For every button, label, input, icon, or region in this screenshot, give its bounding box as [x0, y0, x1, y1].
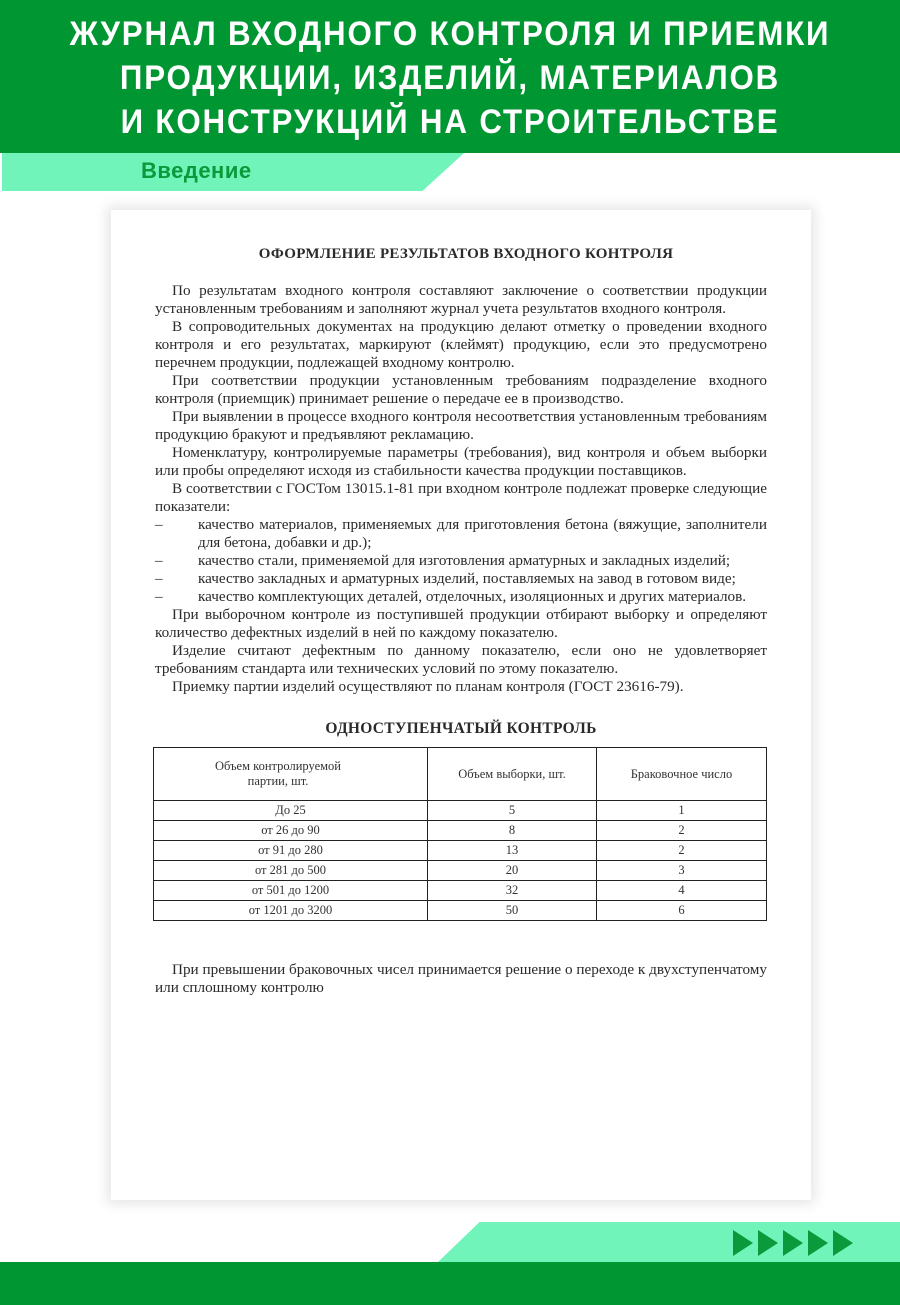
title-line-3: И КОНСТРУКЦИЙ НА СТРОИТЕЛЬСТВЕ [36, 100, 864, 144]
table-row: от 501 до 1200324 [154, 881, 767, 901]
list-item: –качество закладных и арматурных изделий… [155, 570, 767, 588]
dash-marker: – [155, 588, 163, 606]
dash-marker: – [155, 516, 163, 534]
table-row: До 2551 [154, 801, 767, 821]
table-cell: 4 [597, 881, 767, 901]
play-arrow-icon [733, 1230, 753, 1256]
table-cell: 13 [428, 841, 597, 861]
column-header-sample-size: Объем выборки, шт. [428, 748, 597, 801]
table-cell: 2 [597, 821, 767, 841]
table-cell: 8 [428, 821, 597, 841]
closing-paragraph: При превышении браковочных чисел принима… [155, 961, 767, 997]
table-heading: ОДНОСТУПЕНЧАТЫЙ КОНТРОЛЬ [155, 720, 767, 738]
table-row: от 1201 до 3200506 [154, 901, 767, 921]
table-cell: от 281 до 500 [154, 861, 428, 881]
table-cell: 6 [597, 901, 767, 921]
indicator-list: –качество материалов, применяемых для пр… [155, 516, 767, 606]
table-cell: от 91 до 280 [154, 841, 428, 861]
table-cell: До 25 [154, 801, 428, 821]
paragraph: Приемку партии изделий осуществляют по п… [155, 678, 767, 696]
table-header-row: Объем контролируемой партии, шт. Объем в… [154, 748, 767, 801]
document-heading: ОФОРМЛЕНИЕ РЕЗУЛЬТАТОВ ВХОДНОГО КОНТРОЛЯ [155, 245, 767, 263]
table-cell: от 26 до 90 [154, 821, 428, 841]
list-item: –качество комплектующих деталей, отделоч… [155, 588, 767, 606]
title-line-2: ПРОДУКЦИИ, ИЗДЕЛИЙ, МАТЕРИАЛОВ [36, 56, 864, 100]
dash-marker: – [155, 570, 163, 588]
title-line-1: ЖУРНАЛ ВХОДНОГО КОНТРОЛЯ И ПРИЕМКИ [36, 12, 864, 56]
control-table: Объем контролируемой партии, шт. Объем в… [153, 747, 767, 921]
table-cell: 5 [428, 801, 597, 821]
document-content: ОФОРМЛЕНИЕ РЕЗУЛЬТАТОВ ВХОДНОГО КОНТРОЛЯ… [155, 245, 767, 997]
play-arrow-icon [808, 1230, 828, 1256]
paragraph: При соответствии продукции установленным… [155, 372, 767, 408]
column-header-reject-number: Браковочное число [597, 748, 767, 801]
paragraph: В сопроводительных документах на продукц… [155, 318, 767, 372]
list-item: –качество стали, применяемой для изготов… [155, 552, 767, 570]
paragraph: В соответствии с ГОСТом 13015.1-81 при в… [155, 480, 767, 516]
table-row: от 91 до 280132 [154, 841, 767, 861]
list-item: –качество материалов, применяемых для пр… [155, 516, 767, 552]
table-cell: 3 [597, 861, 767, 881]
column-header-lot-size: Объем контролируемой партии, шт. [154, 748, 428, 801]
play-arrow-icon [758, 1230, 778, 1256]
next-arrows-icon[interactable] [733, 1230, 853, 1256]
table-cell: 1 [597, 801, 767, 821]
footer-bar [0, 1262, 900, 1305]
paragraph: Изделие считают дефектным по данному пок… [155, 642, 767, 678]
table-cell: от 501 до 1200 [154, 881, 428, 901]
play-arrow-icon [783, 1230, 803, 1256]
table-cell: 32 [428, 881, 597, 901]
dash-marker: – [155, 552, 163, 570]
paragraph: По результатам входного контроля составл… [155, 282, 767, 318]
paragraph: При выявлении в процессе входного контро… [155, 408, 767, 444]
table-row: от 26 до 9082 [154, 821, 767, 841]
page-title: ЖУРНАЛ ВХОДНОГО КОНТРОЛЯ И ПРИЕМКИ ПРОДУ… [36, 12, 864, 144]
table-row: от 281 до 500203 [154, 861, 767, 881]
table-cell: от 1201 до 3200 [154, 901, 428, 921]
section-label: Введение [141, 156, 252, 186]
table-cell: 50 [428, 901, 597, 921]
table-cell: 20 [428, 861, 597, 881]
paragraph: При выборочном контроле из поступившей п… [155, 606, 767, 642]
table-body: До 2551от 26 до 9082от 91 до 280132от 28… [154, 801, 767, 921]
play-arrow-icon [833, 1230, 853, 1256]
paragraph: Номенклатуру, контролируемые параметры (… [155, 444, 767, 480]
table-cell: 2 [597, 841, 767, 861]
